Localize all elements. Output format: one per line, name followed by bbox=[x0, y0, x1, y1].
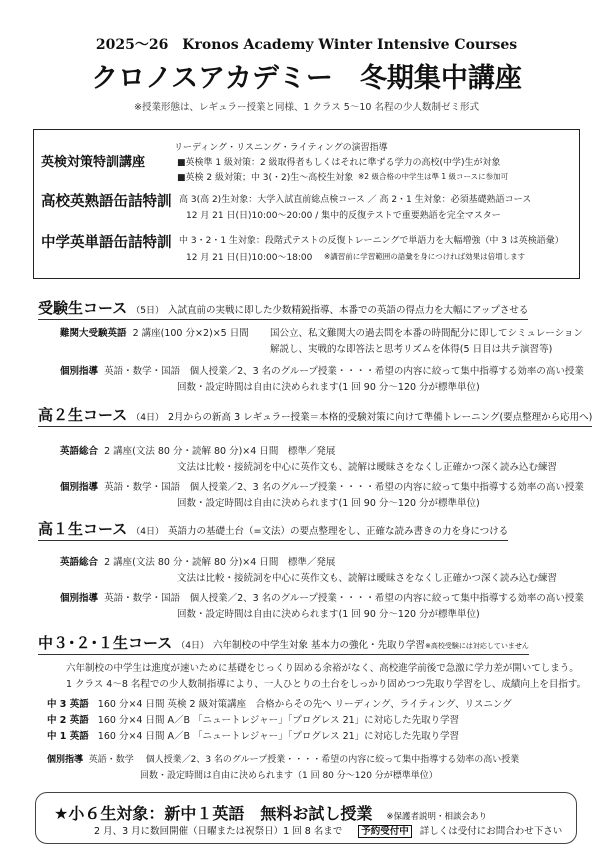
course-row: 個別指導 英語・数学 個人授業／2、3 名のグループ授業・・・・希望の内容に絞っ… bbox=[47, 752, 519, 765]
eiken-line: リーディング・リスニング・ライティングの演習指導 bbox=[174, 140, 388, 153]
course-label: 英語総合 bbox=[60, 557, 98, 568]
course-text: 160 分×4 日間 A／B 「ニュートレジャー」「プログレス 21」に対応した… bbox=[98, 731, 459, 742]
course-detail: 文法は比較・接続詞を中心に英作文も、読解は曖昧さをなくし正確かつ深く読み込む練習 bbox=[177, 570, 557, 584]
section-h1-heading: 高１生コース（4日）英語力の基礎土台（=文法）の要点整理をし、正確な読み書きの力… bbox=[38, 518, 508, 541]
section-exam-heading: 受験生コース（5日）入試直前の実戦に即した少数精鋭指導、本番での英語の得点力を大… bbox=[38, 297, 528, 320]
course-detail: 回数・設定時間は自由に決められます(1 回 90 分～120 分が標準単位) bbox=[177, 495, 480, 509]
course-row: 中 1 英語 160 分×4 日間 A／B 「ニュートレジャー」「プログレス 2… bbox=[47, 728, 459, 742]
course-label: 中 3 英語 bbox=[47, 699, 89, 710]
eiken-line: ■英検 2 級対策；中 3(・2)生～高校生対象 bbox=[177, 170, 353, 183]
eiken-course-title: 英検対策特訓講座 bbox=[41, 151, 145, 170]
course-text: 2 講座(100 分×2)×5 日間 bbox=[133, 328, 249, 339]
section-h2-heading: 高２生コース（4日）2月からの新高 3 レギュラー授業＝本格的受験対策に向けて準… bbox=[38, 404, 592, 427]
course-row: 英語総合 2 講座(文法 80 分・読解 80 分)×4 日間 標準／発展 bbox=[60, 443, 335, 457]
course-row: 難関大受験英語 2 講座(100 分×2)×5 日間 bbox=[60, 325, 249, 339]
section-desc: 英語力の基礎土台（=文法）の要点整理をし、正確な読み書きの力を身につける bbox=[168, 526, 508, 537]
course-detail: 文法は比較・接続詞を中心に英作文も、読解は曖昧さをなくし正確かつ深く読み込む練習 bbox=[177, 459, 557, 473]
trial-lesson-box: ★小６生対象：新中１英語 無料お試し授業※保護者説明・相談会あり 2 月、3 月… bbox=[35, 792, 577, 844]
section-days: （4日） bbox=[131, 413, 164, 423]
title-english: 2025～26 Kronos Academy Winter Intensive … bbox=[0, 34, 613, 54]
idioms-line: 12 月 21 日(日)10:00～20:00 / 集中的反復テストで重要熟語を… bbox=[186, 208, 501, 221]
section-days: （4日） bbox=[176, 641, 209, 651]
course-text: 160 分×4 日間 A／B 「ニュートレジャー」「プログレス 21」に対応した… bbox=[98, 715, 459, 726]
section-days: （4日） bbox=[131, 527, 164, 537]
course-text: 英語・数学・国語 個人授業／2、3 名のグループ授業・・・・希望の内容に絞って集… bbox=[104, 366, 584, 377]
section-desc: 入試直前の実戦に即した少数精鋭指導、本番での英語の得点力を大幅にアップさせる bbox=[168, 305, 528, 316]
trial-schedule: 2 月、3 月に数回開催（日曜または祝祭日）1 回 8 名まで bbox=[94, 826, 342, 837]
trial-heading: ★小６生対象：新中１英語 無料お試し授業※保護者説明・相談会あり bbox=[54, 801, 487, 824]
trial-contact: 詳しくは受付にお問合わせ下さい bbox=[420, 826, 563, 837]
trial-details: 2 月、3 月に数回開催（日曜または祝祭日）1 回 8 名まで予約受付中詳しくは… bbox=[94, 823, 562, 837]
course-text: 英語・数学・国語 個人授業／2、3 名のグループ授業・・・・希望の内容に絞って集… bbox=[104, 593, 584, 604]
intro-text: 1 クラス 4～8 名程での少人数制指導により、一人ひとりの土台をしっかり固めつ… bbox=[66, 676, 586, 690]
course-text: 2 講座(文法 80 分・読解 80 分)×4 日間 標準／発展 bbox=[104, 557, 335, 568]
course-label: 中 2 英語 bbox=[47, 715, 89, 726]
course-label: 個別指導 bbox=[60, 593, 98, 604]
section-title: 高１生コース bbox=[38, 520, 127, 538]
section-days: （5日） bbox=[131, 306, 164, 316]
course-row: 個別指導 英語・数学・国語 個人授業／2、3 名のグループ授業・・・・希望の内容… bbox=[60, 479, 584, 493]
section-note: ※高校受験には対応していません bbox=[425, 642, 529, 650]
course-label: 中 1 英語 bbox=[47, 731, 89, 742]
course-row: 中 2 英語 160 分×4 日間 A／B 「ニュートレジャー」「プログレス 2… bbox=[47, 712, 459, 726]
course-row: 英語総合 2 講座(文法 80 分・読解 80 分)×4 日間 標準／発展 bbox=[60, 554, 335, 568]
trial-note: ※保護者説明・相談会あり bbox=[386, 812, 487, 822]
reservation-badge: 予約受付中 bbox=[358, 825, 412, 838]
idioms-course-title: 高校英熟語缶詰特訓 bbox=[41, 190, 172, 211]
vocab-line: 中 3・2・1 生対象：段階式テストの反復トレーニングで単語力を大幅増強（中 3… bbox=[179, 233, 564, 246]
vocab-course-title: 中学英単語缶詰特訓 bbox=[41, 231, 172, 252]
course-text: 英語・数学 個人授業／2、3 名のグループ授業・・・・希望の内容に絞って集中指導… bbox=[89, 755, 519, 765]
section-desc: 2月からの新高 3 レギュラー授業＝本格的受験対策に向けて準備トレーニング(要点… bbox=[168, 412, 592, 423]
eiken-note: ※2 級合格の中学生は準 1 級コースに参加可 bbox=[358, 171, 508, 182]
course-text: 英語・数学・国語 個人授業／2、3 名のグループ授業・・・・希望の内容に絞って集… bbox=[104, 482, 584, 493]
course-text: 2 講座(文法 80 分・読解 80 分)×4 日間 標準／発展 bbox=[104, 446, 335, 457]
course-label: 個別指導 bbox=[60, 482, 98, 493]
course-detail: 回数・設定時間は自由に決められます（1 回 80 分～120 分が標準単位） bbox=[140, 768, 438, 781]
course-detail: 回数・設定時間は自由に決められます(1 回 90 分～120 分が標準単位) bbox=[177, 379, 480, 393]
course-label: 個別指導 bbox=[60, 366, 98, 377]
section-title: 高２生コース bbox=[38, 406, 127, 424]
idioms-line: 高 3(高 2)生対象：大学入試直前総点検コース ／ 高 2・1 生対象：必須基… bbox=[179, 192, 531, 205]
course-text: 160 分×4 日間 英検 2 級対策講座 合格からその先へ リーディング、ライ… bbox=[98, 699, 512, 710]
course-row: 個別指導 英語・数学・国語 個人授業／2、3 名のグループ授業・・・・希望の内容… bbox=[60, 590, 584, 604]
section-desc: 六年制校の中学生対象 基本力の強化・先取り学習 bbox=[213, 640, 425, 651]
course-label: 個別指導 bbox=[47, 755, 83, 765]
vocab-note: ※講習前に学習範囲の語彙を身につければ効果は倍増します bbox=[324, 251, 525, 262]
course-label: 英語総合 bbox=[60, 446, 98, 457]
course-detail: 解説し、実戦的な即答法と思考リズムを体得(5 日目は共テ演習等) bbox=[270, 341, 552, 355]
title-japanese: クロノスアカデミー 冬期集中講座 bbox=[0, 56, 613, 95]
section-jhs-heading: 中３･２･１生コース（4日）六年制校の中学生対象 基本力の強化・先取り学習※高校… bbox=[38, 632, 529, 655]
course-detail: 回数・設定時間は自由に決められます(1 回 90 分～120 分が標準単位) bbox=[177, 606, 480, 620]
special-courses-box: 英検対策特訓講座 リーディング・リスニング・ライティングの演習指導 ■英検準 1… bbox=[33, 129, 580, 279]
vocab-line: 12 月 21 日(日)10:00～18:00 bbox=[186, 250, 312, 263]
course-row: 中 3 英語 160 分×4 日間 英検 2 級対策講座 合格からその先へ リー… bbox=[47, 696, 512, 710]
section-title: 中３･２･１生コース bbox=[38, 634, 172, 652]
eiken-line: ■英検準 1 級対策：2 級取得者もしくはそれに準ずる学力の高校(中学)生が対象 bbox=[177, 155, 501, 168]
intro-text: 六年制校の中学生は進度が速いために基礎をじっくり固める余裕がなく、高校進学前後で… bbox=[66, 660, 579, 674]
course-label: 難関大受験英語 bbox=[60, 328, 127, 339]
section-title: 受験生コース bbox=[38, 299, 127, 317]
course-detail: 国公立、私文難関大の過去問を本番の時間配分に即してシミュレーション bbox=[270, 325, 583, 339]
trial-title: ★小６生対象：新中１英語 無料お試し授業 bbox=[54, 804, 372, 823]
course-row: 個別指導 英語・数学・国語 個人授業／2、3 名のグループ授業・・・・希望の内容… bbox=[60, 363, 584, 377]
format-note: ※授業形態は、レギュラー授業と同様、1 クラス 5～10 名程の少人数制ゼミ形式 bbox=[0, 99, 613, 113]
